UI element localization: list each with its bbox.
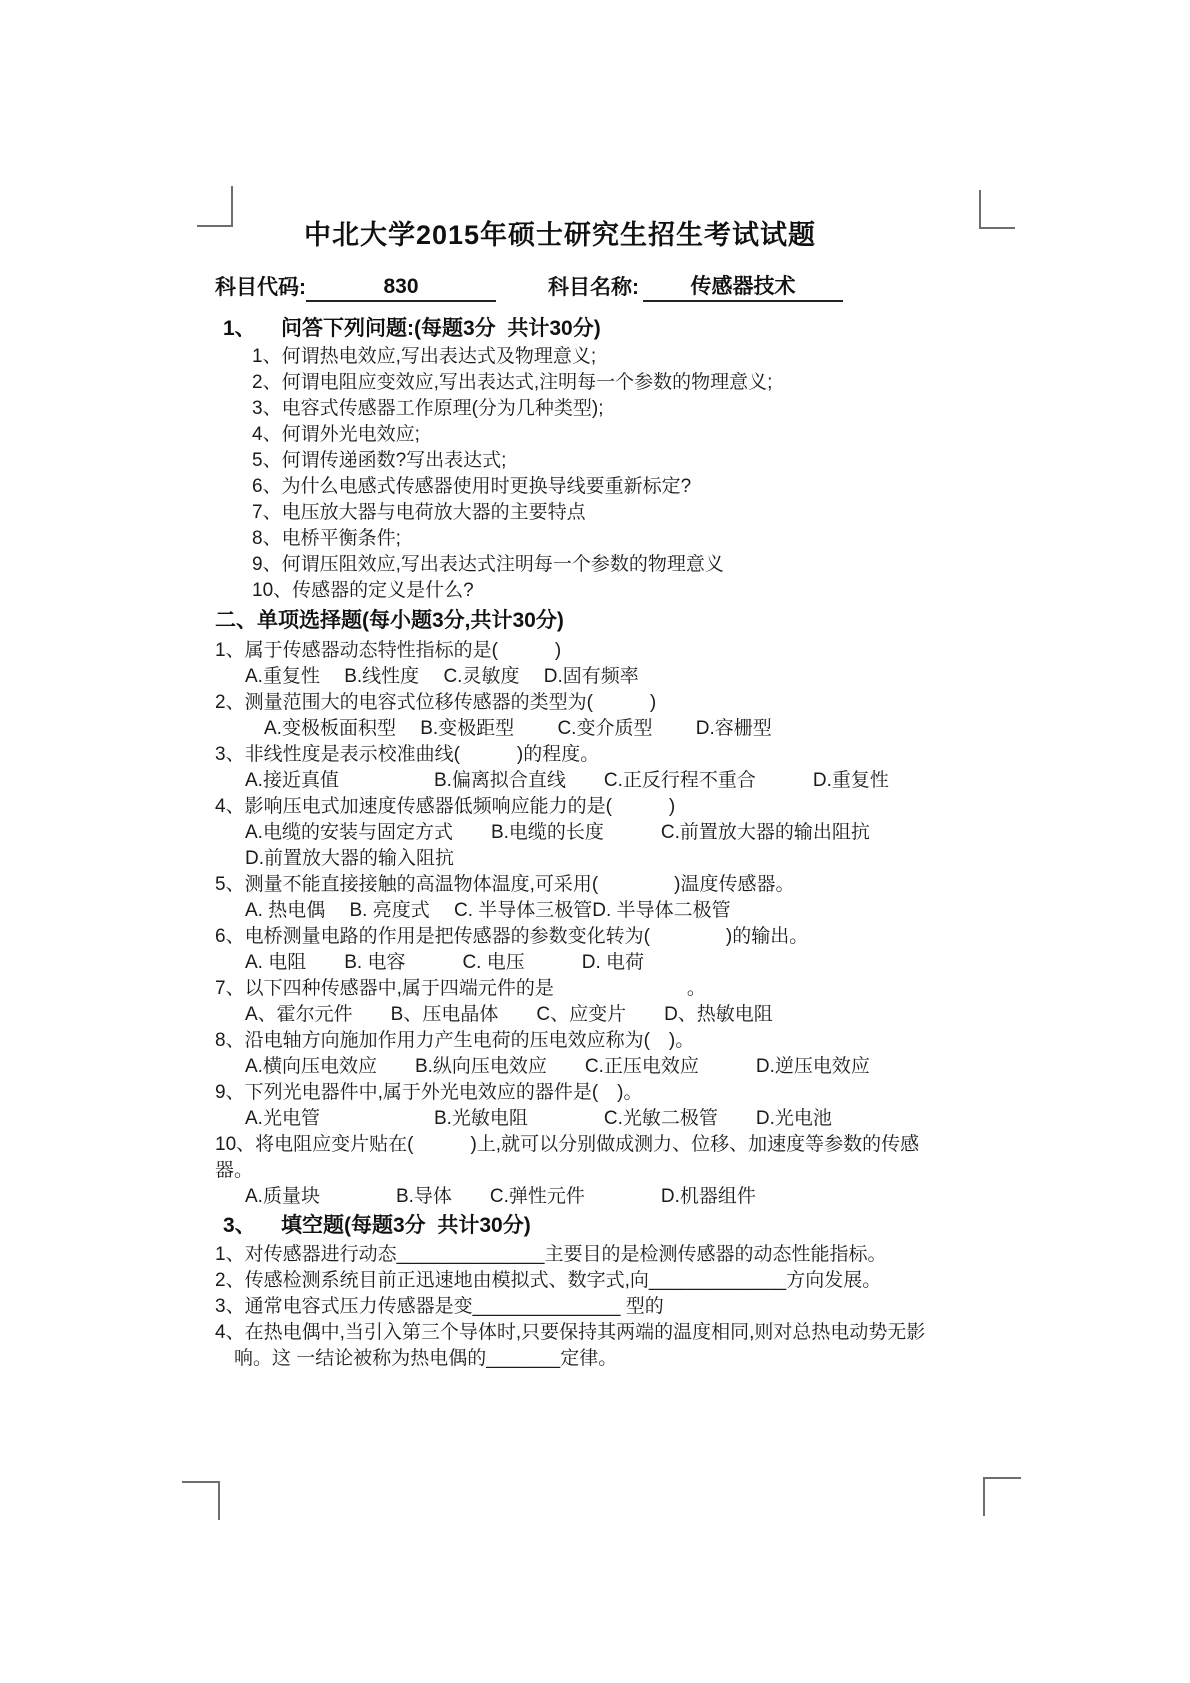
question-options: A.重复性 B.线性度 C.灵敏度 D.固有频率 (215, 664, 1015, 690)
section2-questions: 1、属于传感器动态特性指标的是( )A.重复性 B.线性度 C.灵敏度 D.固有… (215, 638, 1015, 1210)
question-item: 4、何谓外光电效应; (215, 422, 1015, 448)
question-text: 5、测量不能直接接触的高温物体温度,可采用( )温度传感器。 (215, 872, 1015, 898)
subject-name-label: 科目名称: (548, 276, 639, 299)
section1-heading: 1、问答下列问题:(每题3分 共计30分) (215, 314, 1015, 344)
question-item: 2、何谓电阻应变效应,写出表达式,注明每一个参数的物理意义; (215, 370, 1015, 396)
section1-heading-text: 问答下列问题:(每题3分 共计30分) (281, 317, 601, 340)
page-content: 中北大学2015年硕士研究生招生考试试题 科目代码:830科目名称:传感器技术 … (215, 218, 1015, 1372)
question-text: 10、将电阻应变片贴在( )上,就可以分别做成测力、位移、加速度等参数的传感 (215, 1132, 1015, 1158)
question-item: 10、传感器的定义是什么? (215, 578, 1015, 604)
question-item: 3、电容式传感器工作原理(分为几种类型); (215, 396, 1015, 422)
question-text: 2、测量范围大的电容式位移传感器的类型为( ) (215, 690, 1015, 716)
question-text: 器。 (215, 1158, 1015, 1184)
fill-in-item: 3、通常电容式压力传感器是变______________ 型的 (215, 1294, 1015, 1320)
subject-line: 科目代码:830科目名称:传感器技术 (215, 274, 1015, 302)
question-item: 7、电压放大器与电荷放大器的主要特点 (215, 500, 1015, 526)
subject-code-label: 科目代码: (215, 276, 306, 299)
question-text: 9、下列光电器件中,属于外光电效应的器件是( )。 (215, 1080, 1015, 1106)
question-options: A.接近真值 B.偏离拟合直线 C.正反行程不重合 D.重复性 (215, 768, 1015, 794)
question-text: 7、以下四种传感器中,属于四端元件的是 。 (215, 976, 1015, 1002)
question-options: A. 电阻 B. 电容 C. 电压 D. 电荷 (215, 950, 1015, 976)
fill-in-item: 4、在热电偶中,当引入第三个导体时,只要保持其两端的温度相同,则对总热电动势无影 (215, 1320, 1015, 1346)
section1-number: 1、 (215, 314, 281, 344)
section3-number: 3、 (215, 1210, 281, 1242)
crop-mark-bottom-right (983, 1477, 1021, 1516)
question-item: 1、何谓热电效应,写出表达式及物理意义; (215, 344, 1015, 370)
question-text: 3、非线性度是表示校准曲线( )的程度。 (215, 742, 1015, 768)
question-options: A.变极板面积型 B.变极距型 C.变介质型 D.容栅型 (215, 716, 1015, 742)
subject-code-value: 830 (306, 274, 496, 302)
section2-heading: 二、单项选择题(每小题3分,共计30分) (215, 606, 1015, 636)
question-text: 6、电桥测量电路的作用是把传感器的参数变化转为( )的输出。 (215, 924, 1015, 950)
question-options: A.质量块 B.导体 C.弹性元件 D.机器组件 (215, 1184, 1015, 1210)
question-item: 9、何谓压阻效应,写出表达式注明每一个参数的物理意义 (215, 552, 1015, 578)
section1-items: 1、何谓热电效应,写出表达式及物理意义;2、何谓电阻应变效应,写出表达式,注明每… (215, 344, 1015, 604)
fill-in-item: 1、对传感器进行动态______________主要目的是检测传感器的动态性能指… (215, 1242, 1015, 1268)
question-options: D.前置放大器的输入阻抗 (215, 846, 1015, 872)
fill-in-item: 响。这 一结论被称为热电偶的_______定律。 (215, 1346, 1015, 1372)
question-options: A.电缆的安装与固定方式 B.电缆的长度 C.前置放大器的输出阻抗 (215, 820, 1015, 846)
question-text: 8、沿电轴方向施加作用力产生电荷的压电效应称为( )。 (215, 1028, 1015, 1054)
section3-heading-text: 填空题(每题3分 共计30分) (281, 1214, 531, 1237)
question-options: A.横向压电效应 B.纵向压电效应 C.正压电效应 D.逆压电效应 (215, 1054, 1015, 1080)
section3-items: 1、对传感器进行动态______________主要目的是检测传感器的动态性能指… (215, 1242, 1015, 1372)
question-item: 5、何谓传递函数?写出表达式; (215, 448, 1015, 474)
section3-heading: 3、填空题(每题3分 共计30分) (215, 1210, 1015, 1242)
exam-paper-page: 中北大学2015年硕士研究生招生考试试题 科目代码:830科目名称:传感器技术 … (0, 0, 1190, 1683)
question-options: A、霍尔元件 B、压电晶体 C、应变片 D、热敏电阻 (215, 1002, 1015, 1028)
question-text: 4、影响压电式加速度传感器低频响应能力的是( ) (215, 794, 1015, 820)
question-item: 8、电桥平衡条件; (215, 526, 1015, 552)
page-title: 中北大学2015年硕士研究生招生考试试题 (180, 218, 940, 252)
question-options: A.光电管 B.光敏电阻 C.光敏二极管 D.光电池 (215, 1106, 1015, 1132)
fill-in-item: 2、传感检测系统目前正迅速地由模拟式、数字式,向_____________方向发… (215, 1268, 1015, 1294)
question-item: 6、为什么电感式传感器使用时更换导线要重新标定? (215, 474, 1015, 500)
question-options: A. 热电偶 B. 亮度式 C. 半导体三极管D. 半导体二极管 (215, 898, 1015, 924)
subject-name-value: 传感器技术 (643, 274, 843, 302)
crop-mark-bottom-left (182, 1481, 220, 1520)
question-text: 1、属于传感器动态特性指标的是( ) (215, 638, 1015, 664)
